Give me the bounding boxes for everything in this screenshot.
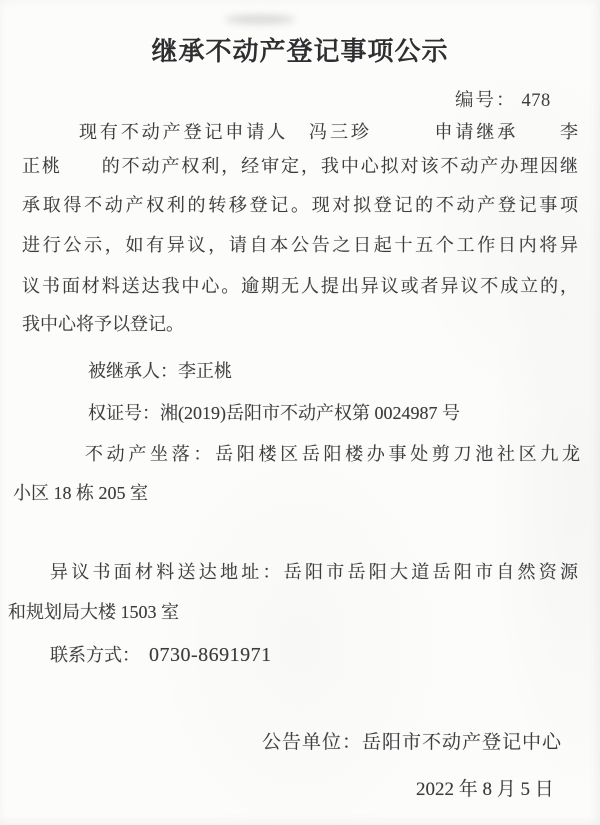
body-line: 议书面材料送达我中心。逾期无人提出异议或者异议不成立的，: [22, 273, 578, 299]
body-line: 进行公示，如有异议，请自本公告之日起十五个工作日内将异: [22, 232, 578, 258]
contact-phone: 0730-8691971: [149, 644, 272, 666]
field-property-location: 不动产坐落：岳阳楼区岳阳楼办事处剪刀池社区九龙: [85, 441, 580, 467]
field-decedent: 被继承人：李正桃: [88, 358, 232, 384]
body-line: 现有不动产登记申请人 冯三珍 申请继承 李: [79, 119, 578, 145]
notice-document: 继承不动产登记事项公示 编号：478 现有不动产登记申请人 冯三珍 申请继承 李…: [0, 0, 600, 825]
date-line: 2022 年 8 月 5 日: [416, 777, 554, 803]
objection-address-line-cont: 和规划局大楼 1503 室: [8, 599, 179, 625]
body-line: 正桃 的不动产权利，经审定，我中心拟对该不动产办理因继: [22, 153, 578, 179]
scan-smudge: [225, 15, 295, 24]
doc-number: 编号：478: [455, 89, 551, 113]
contact-line: 联系方式： 0730-8691971: [50, 642, 272, 668]
body-line: 承取得不动产权利的转移登记。现对拟登记的不动产登记事项: [22, 192, 578, 218]
field-property-location-cont: 小区 18 栋 205 室: [13, 480, 148, 506]
issuer-line: 公告单位：岳阳市不动产登记中心: [262, 730, 562, 756]
notice-title: 继承不动产登记事项公示: [0, 33, 600, 69]
doc-number-label: 编号：: [455, 91, 517, 111]
objection-address-line: 异议书面材料送达地址：岳阳市岳阳大道岳阳市自然资源: [50, 559, 578, 585]
body-line: 我中心将予以登记。: [22, 311, 184, 337]
doc-number-value: 478: [522, 91, 551, 111]
contact-label: 联系方式：: [50, 645, 140, 665]
field-certificate-no: 权证号：湘(2019)岳阳市不动产权第 0024987 号: [88, 400, 460, 426]
